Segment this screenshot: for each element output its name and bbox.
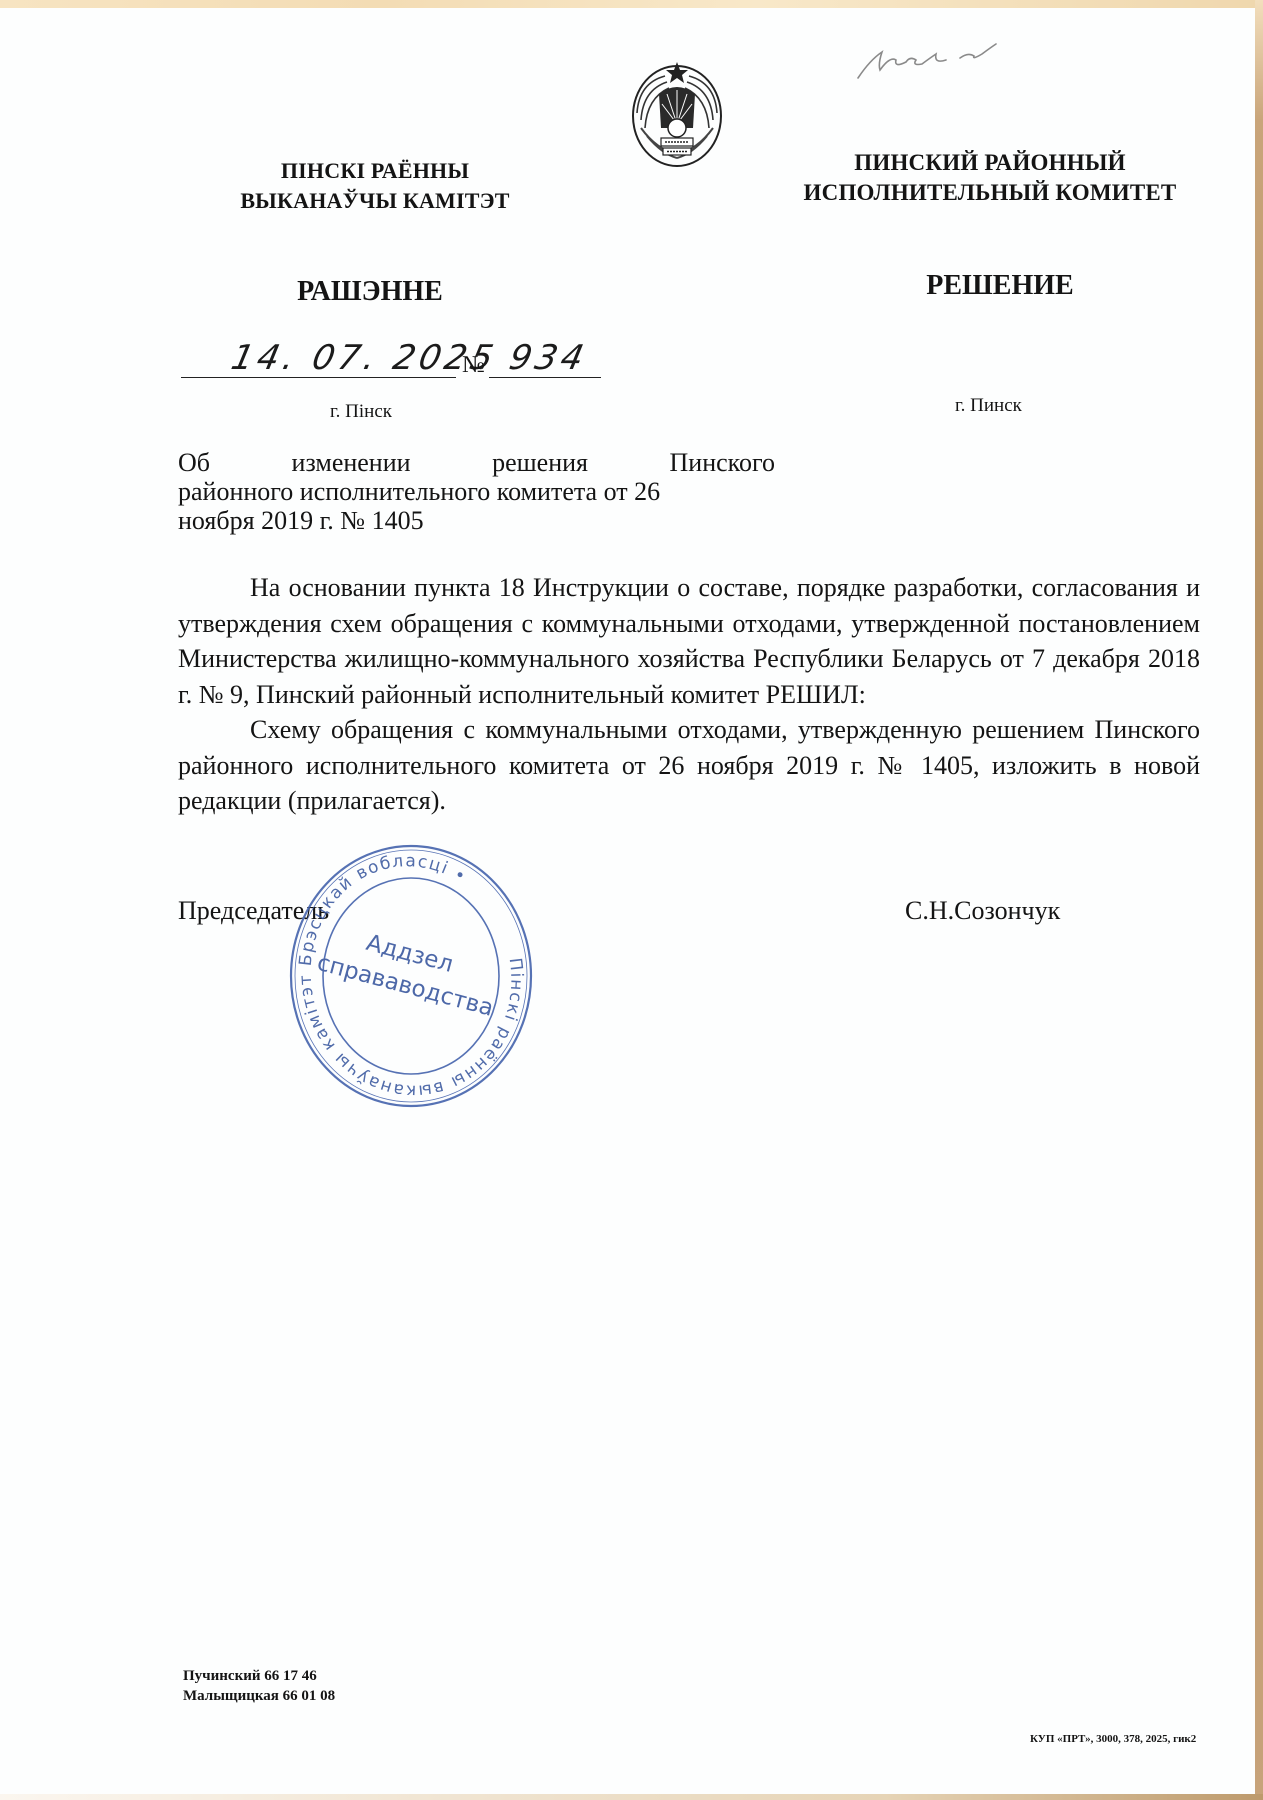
handwritten-pencil-note [850,30,1000,90]
subject-line3: ноября 2019 г. № 1405 [178,506,775,535]
date-underline [181,377,456,378]
city-belarusian: г. Пінск [330,401,392,423]
state-emblem-icon [627,58,727,170]
doc-type-belarusian: РАШЭННЕ [200,276,540,308]
number-underline [489,377,601,378]
document-subject: Об изменении решения Пинского районного … [178,448,775,535]
body-paragraph-2: Схему обращения с коммунальными отходами… [178,712,1200,819]
paper-right-edge [1255,0,1263,1800]
paper-bottom-edge [0,1794,1263,1800]
contact-line-2: Малыщицкая 66 01 08 [183,1686,335,1706]
handwritten-date: 14. 07. 2025 [228,338,501,378]
city-russian: г. Пинск [955,395,1022,417]
official-stamp: Пінскі раённы выканаўчы камітэт Брэсцкай… [286,842,536,1110]
subject-line2: районного исполнительного комитета от 26 [178,477,775,506]
org-name-line2: ИСПОЛНИТЕЛЬНЫЙ КОМИТЕТ [760,178,1220,208]
org-name-russian: ПИНСКИЙ РАЙОННЫЙ ИСПОЛНИТЕЛЬНЫЙ КОМИТЕТ [760,148,1220,208]
org-name-line2: ВЫКАНАЎЧЫ КАМІТЭТ [160,186,590,216]
org-name-line1: ПІНСКІ РАЁННЫ [160,156,590,186]
signatory-name: С.Н.Созончук [905,896,1060,926]
executor-contacts: Пучинский 66 17 46 Малыщицкая 66 01 08 [183,1666,335,1706]
doc-type-russian: РЕШЕНИЕ [830,270,1170,302]
number-sign: № [462,352,485,379]
document-page: ПІНСКІ РАЁННЫ ВЫКАНАЎЧЫ КАМІТЭТ ПИНСКИЙ … [0,8,1255,1796]
subject-line1: Об изменении решения Пинского [178,448,775,477]
handwritten-number: 934 [506,338,591,378]
org-name-line1: ПИНСКИЙ РАЙОННЫЙ [760,148,1220,178]
document-body: На основании пункта 18 Инструкции о сост… [178,570,1200,819]
body-paragraph-1: На основании пункта 18 Инструкции о сост… [178,570,1200,712]
printer-imprint: КУП «ПРТ», 3000, 378, 2025, гик2 [1030,1733,1196,1745]
org-name-belarusian: ПІНСКІ РАЁННЫ ВЫКАНАЎЧЫ КАМІТЭТ [160,156,590,216]
contact-line-1: Пучинский 66 17 46 [183,1666,335,1686]
